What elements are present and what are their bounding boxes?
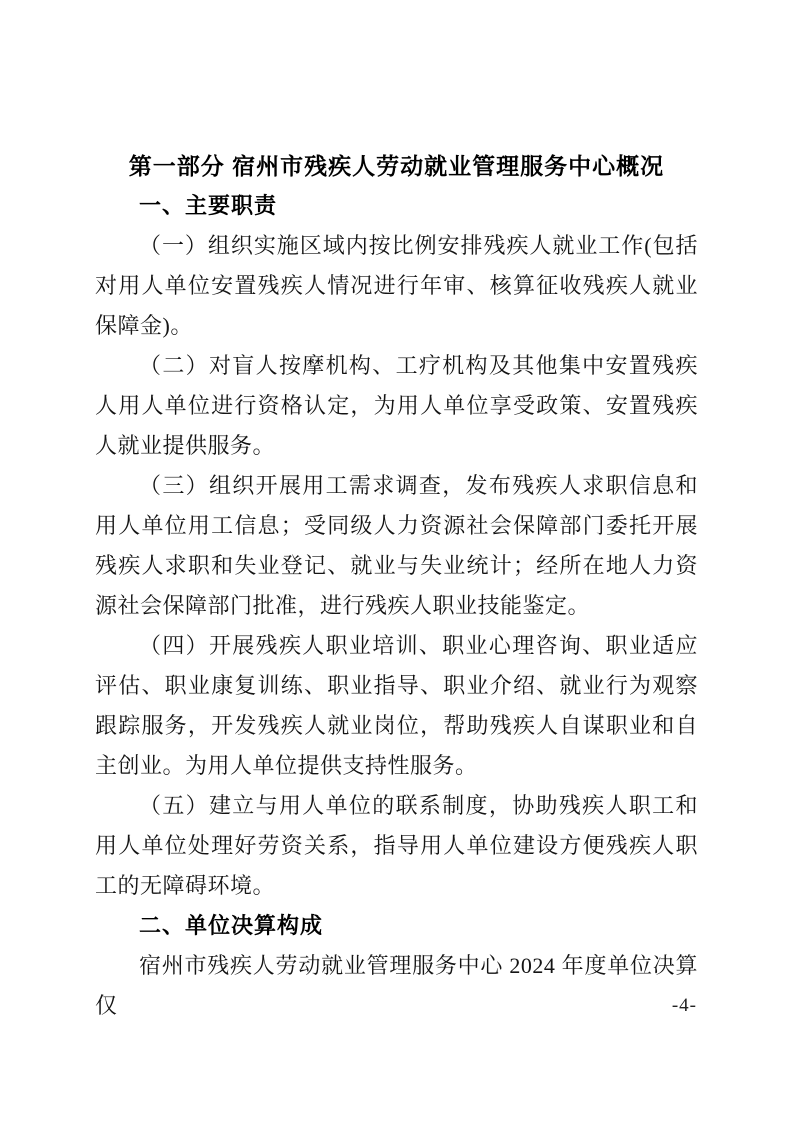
document-title: 第一部分 宿州市残疾人劳动就业管理服务中心概况 xyxy=(95,146,698,186)
page-number: -4- xyxy=(672,995,697,1017)
paragraph-duty-2: （二）对盲人按摩机构、工疗机构及其他集中安置残疾人用人单位进行资格认定，为用人单… xyxy=(95,346,698,466)
section-heading-budget-composition: 二、单位决算构成 xyxy=(95,906,698,946)
paragraph-duty-4: （四）开展残疾人职业培训、职业心理咨询、职业适应评估、职业康复训练、职业指导、职… xyxy=(95,626,698,786)
document-page: 第一部分 宿州市残疾人劳动就业管理服务中心概况 一、主要职责 （一）组织实施区域… xyxy=(0,0,793,1122)
paragraph-budget-intro: 宿州市残疾人劳动就业管理服务中心 2024 年度单位决算仅 xyxy=(95,946,698,1026)
section-heading-main-duties: 一、主要职责 xyxy=(95,186,698,226)
paragraph-duty-1: （一）组织实施区域内按比例安排残疾人就业工作(包括对用人单位安置残疾人情况进行年… xyxy=(95,226,698,346)
paragraph-duty-5: （五）建立与用人单位的联系制度，协助残疾人职工和用人单位处理好劳资关系，指导用人… xyxy=(95,786,698,906)
paragraph-duty-3: （三）组织开展用工需求调查，发布残疾人求职信息和用人单位用工信息；受同级人力资源… xyxy=(95,466,698,626)
